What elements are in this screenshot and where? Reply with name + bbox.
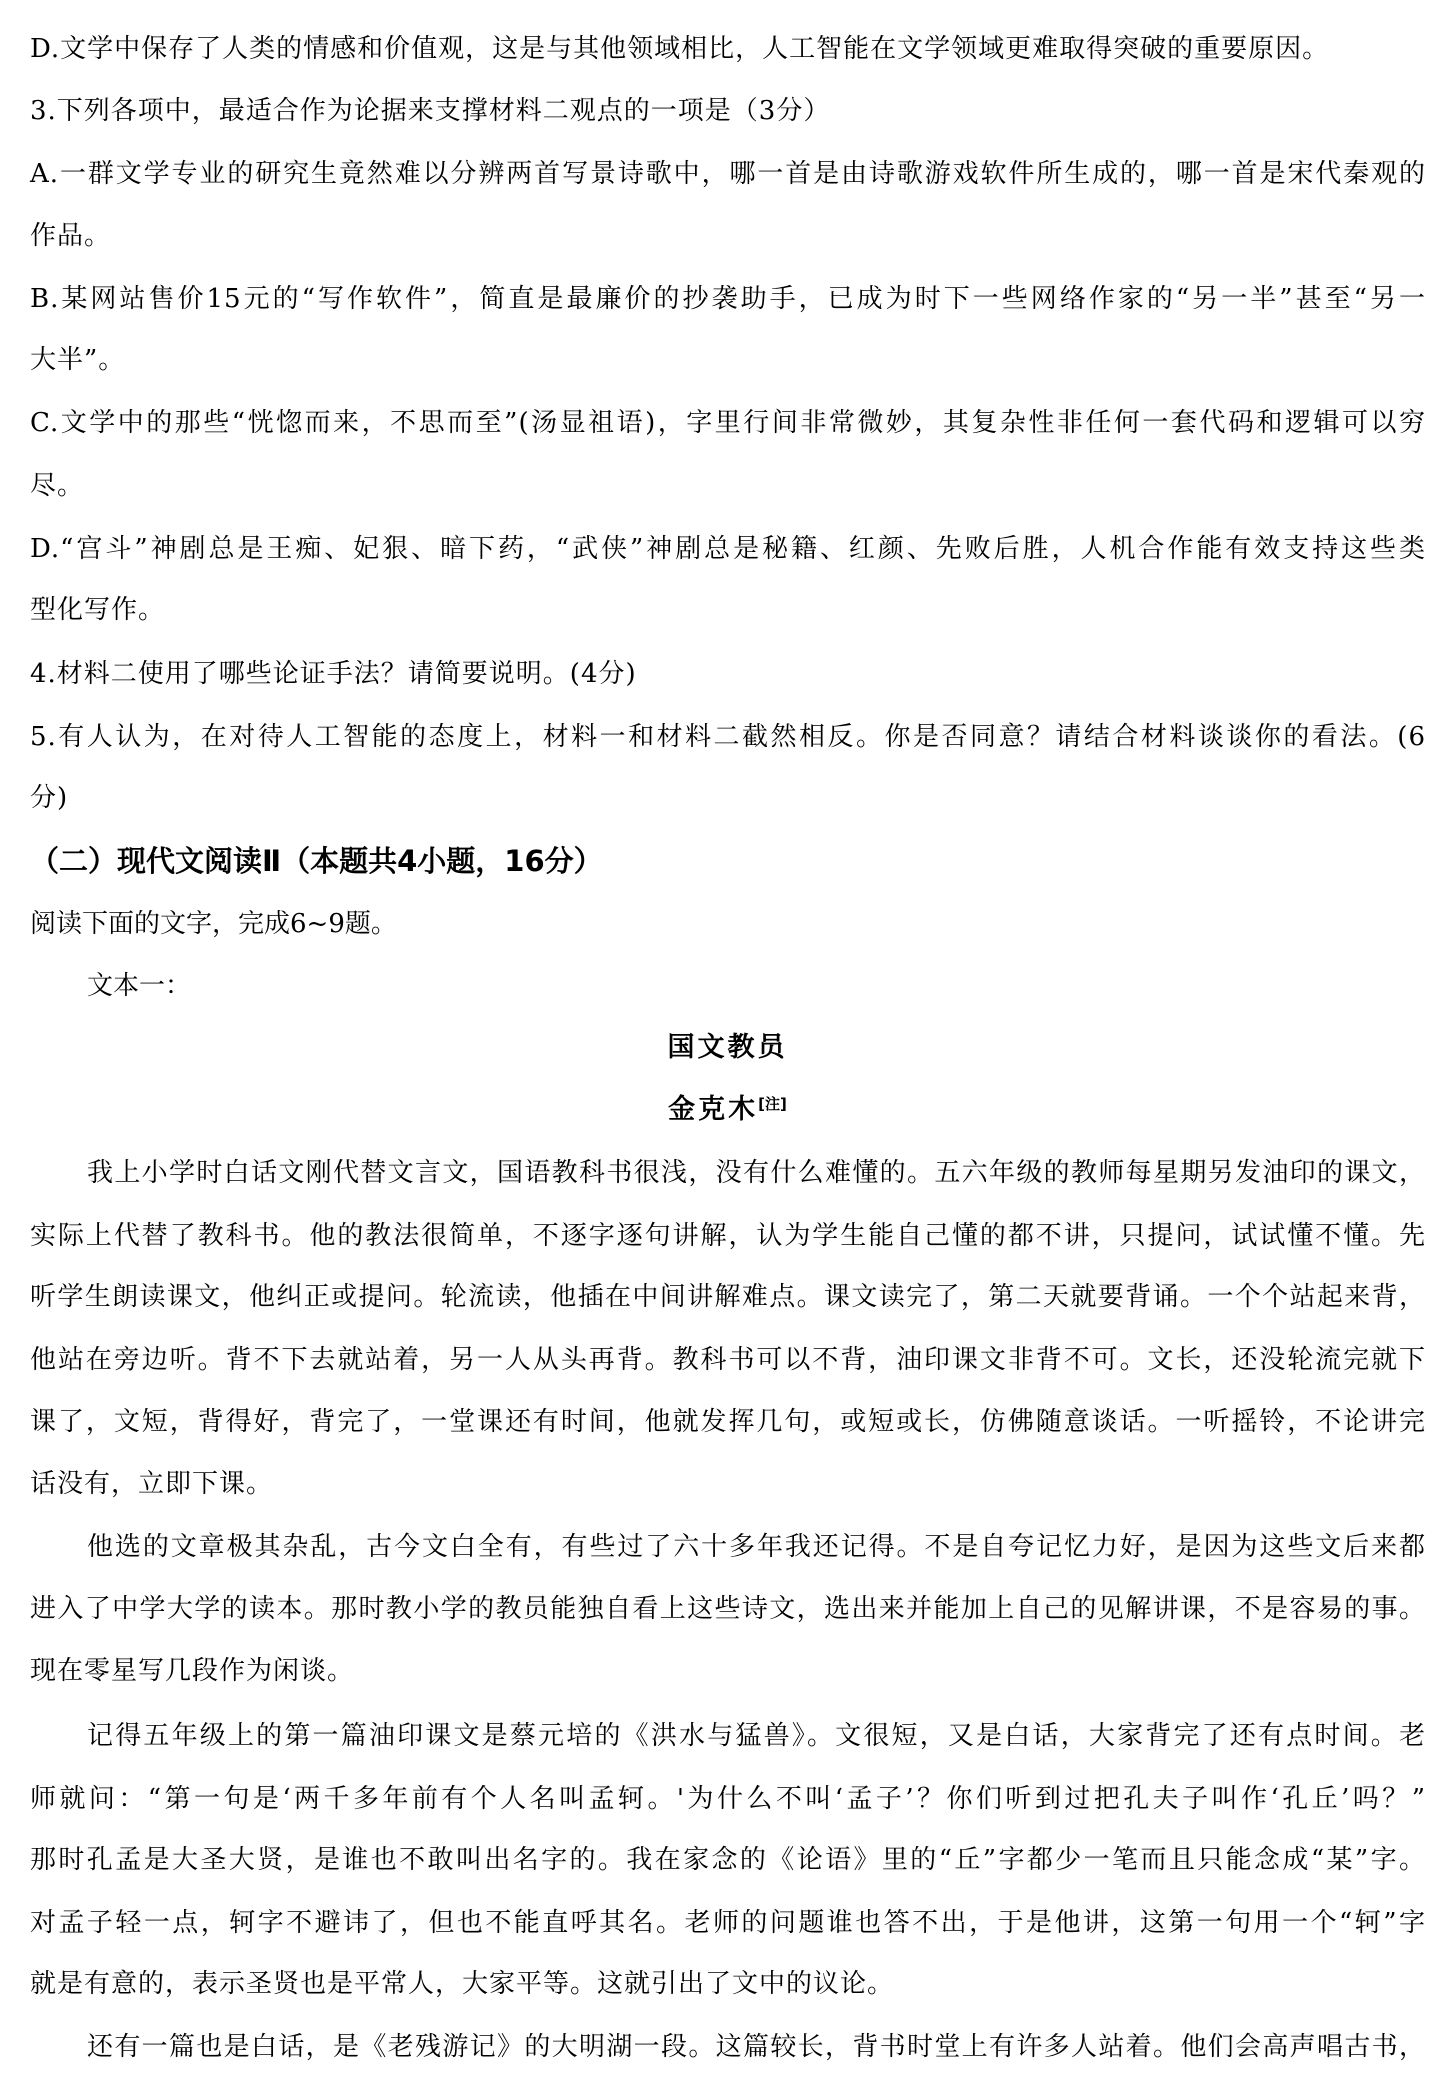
- paragraph-2-line-1: 他选的文章极其杂乱，古今文白全有，有些过了六十多年我还记得。不是自夸记忆力好，是…: [87, 1527, 1426, 1567]
- paragraph-1-line-1: 我上小学时白话文刚代替文言文，国语教科书很浅，没有什么难懂的。五六年级的教师每星…: [87, 1153, 1426, 1193]
- q3-option-b-line-1: B.某网站售价15元的“写作软件”，简直是最廉价的抄袭助手，已成为时下一些网络作…: [30, 279, 1426, 319]
- paragraph-3-line-2: 师就问：“第一句是‘两千多年前有个人名叫孟轲。'为什么不叫‘孟子’？你们听到过把…: [30, 1779, 1426, 1819]
- q3-option-a-line-1: A.一群文学专业的研究生竟然难以分辨两首写景诗歌中，哪一首是由诗歌游戏软件所生成…: [30, 154, 1426, 194]
- paragraph-3-line-4: 对孟子轻一点，轲字不避讳了，但也不能直呼其名。老师的问题谁也答不出，于是他讲，这…: [30, 1903, 1426, 1943]
- paragraph-2-line-3: 现在零星写几段作为闲谈。: [30, 1651, 1426, 1691]
- q3-option-b-line-2: 大半”。: [30, 340, 1426, 380]
- q3-option-a-line-2: 作品。: [30, 216, 1426, 256]
- paragraph-1-line-6: 话没有，立即下课。: [30, 1464, 1426, 1504]
- paragraph-1-line-4: 他站在旁边听。背不下去就站着，另一人从头再背。教科书可以不背，油印课文非背不可。…: [30, 1340, 1426, 1380]
- article-author: 金克木: [668, 1094, 758, 1125]
- paragraph-4-line-1: 还有一篇也是白话，是《老残游记》的大明湖一段。这篇较长，背书时堂上有许多人站着。…: [87, 2027, 1426, 2067]
- q3-option-c-line-1: C.文学中的那些“恍惚而来，不思而至”(汤显祖语)，字里行间非常微妙，其复杂性非…: [30, 403, 1426, 443]
- q5-stem-line-1: 5.有人认为，在对待人工智能的态度上，材料一和材料二截然相反。你是否同意？请结合…: [30, 717, 1426, 757]
- q3-option-d-line-2: 型化写作。: [30, 590, 1426, 630]
- q4-stem: 4.材料二使用了哪些论证手法？请简要说明。(4分): [30, 654, 1426, 694]
- footnote-marker[interactable]: [注]: [758, 1095, 787, 1113]
- q3-option-c-line-2: 尽。: [30, 466, 1426, 506]
- article-title: 国文教员: [0, 1028, 1455, 1068]
- section-heading: （二）现代文阅读Ⅱ（本题共4小题，16分）: [30, 839, 603, 883]
- article-author-line: 金克木[注]: [0, 1090, 1455, 1130]
- text-label: 文本一：: [87, 966, 191, 1006]
- paragraph-3-line-3: 那时孔孟是大圣大贤，是谁也不敢叫出名字的。我在家念的《论语》里的“丘”字都少一笔…: [30, 1840, 1426, 1880]
- paragraph-1-line-5: 课了，文短，背得好，背完了，一堂课还有时间，他就发挥几句，或短或长，仿佛随意谈话…: [30, 1402, 1426, 1442]
- paragraph-1-line-3: 听学生朗读课文，他纠正或提问。轮流读，他插在中间讲解难点。课文读完了，第二天就要…: [30, 1277, 1426, 1317]
- q3-option-d-line-1: D.“宫斗”神剧总是王痴、妃狠、暗下药，“武侠”神剧总是秘籍、红颜、先败后胜，人…: [30, 529, 1426, 569]
- section-instruction: 阅读下面的文字，完成6~9题。: [30, 904, 397, 944]
- paragraph-2-line-2: 进入了中学大学的读本。那时教小学的教员能独自看上这些诗文，选出来并能加上自己的见…: [30, 1589, 1426, 1629]
- paragraph-3-line-5: 就是有意的，表示圣贤也是平常人，大家平等。这就引出了文中的议论。: [30, 1964, 1426, 2004]
- q2-option-d: D.文学中保存了人类的情感和价值观，这是与其他领域相比，人工智能在文学领域更难取…: [30, 29, 1426, 69]
- paragraph-3-line-1: 记得五年级上的第一篇油印课文是蔡元培的《洪水与猛兽》。文很短，又是白话，大家背完…: [87, 1716, 1426, 1756]
- paragraph-1-line-2: 实际上代替了教科书。他的教法很简单，不逐字逐句讲解，认为学生能自己懂的都不讲，只…: [30, 1216, 1426, 1256]
- q5-stem-line-2: 分): [30, 778, 1426, 818]
- q3-stem: 3.下列各项中，最适合作为论据来支撑材料二观点的一项是（3分）: [30, 91, 1426, 131]
